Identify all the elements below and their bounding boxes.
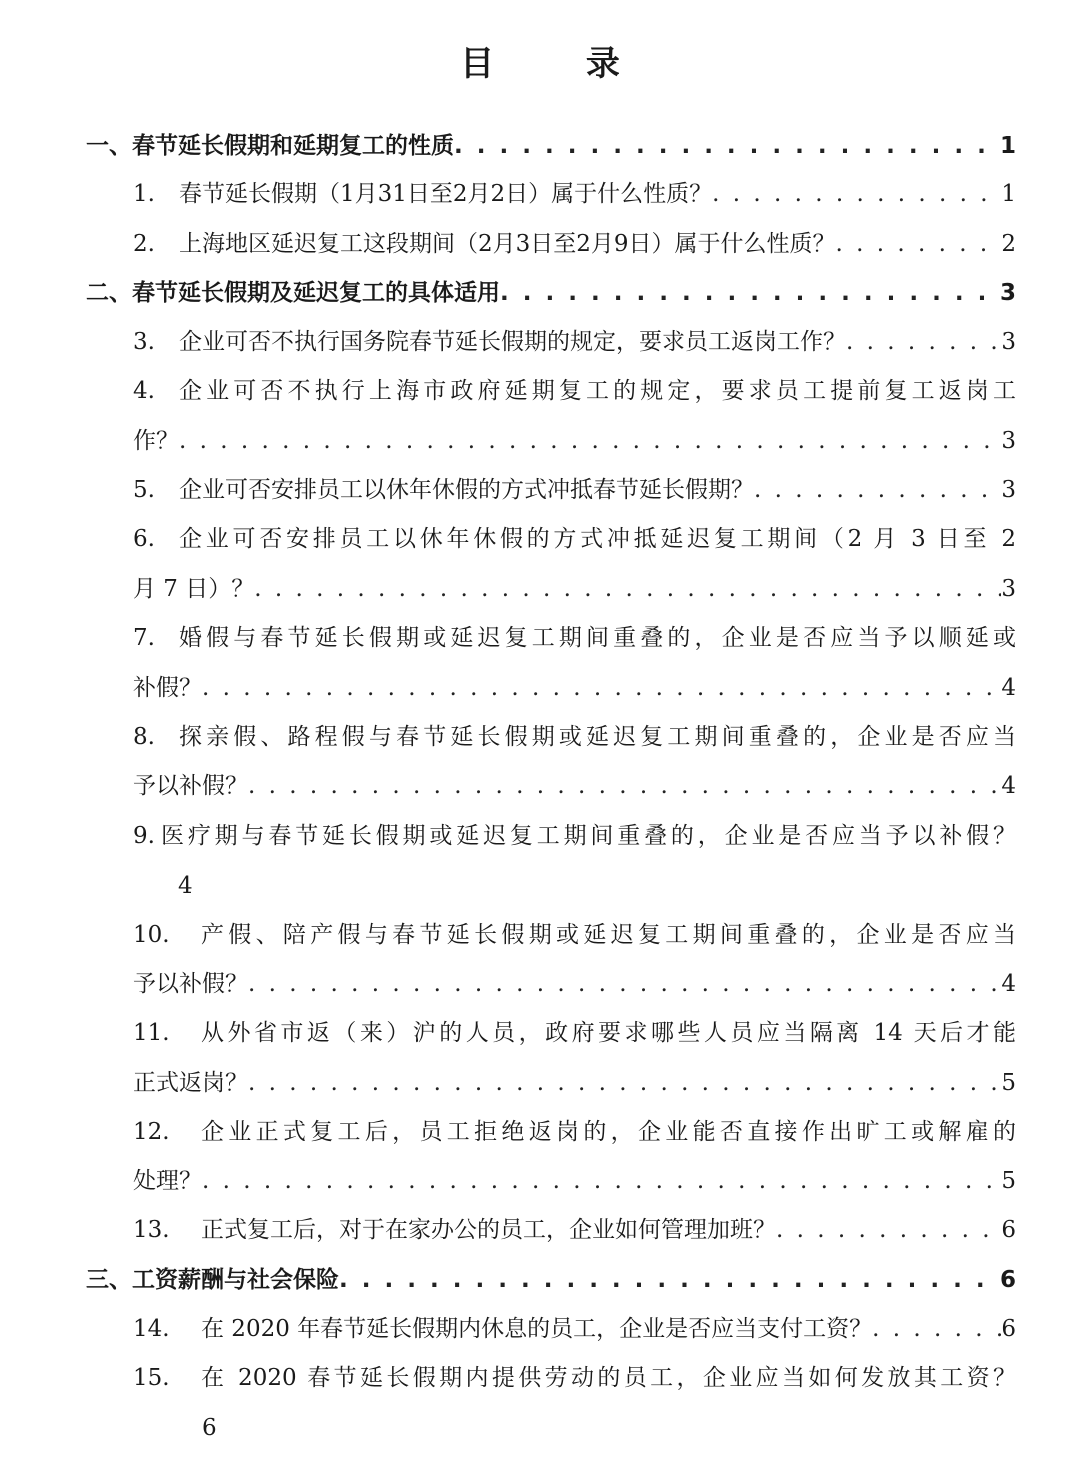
toc-entry-continuation[interactable]: 予以补假？ . . . . . . . . . . . . . . . . . … (133, 766, 1016, 806)
dot-leader: . . . . . . . . . . . . . . . . . . . . … (179, 421, 1001, 461)
toc-entry-link[interactable]: 5.企业可否安排员工以休年休假的方式冲抵春节延长假期？ . . . . . . … (133, 470, 1016, 510)
entry-title-continued: 处理？ (133, 1161, 202, 1201)
entry-title: 医疗期与春节延长假期或延迟复工期间重叠的，企业是否应当予以补假？ (161, 816, 1016, 856)
dot-leader: . . . . . . . . . . . . . . . . . . . . … (202, 1161, 1001, 1201)
entry-title: 春节延长假期（1月31日至2月2日）属于什么性质？ (179, 174, 712, 214)
dot-leader: . . . . . . . . . . . . . . . . . . . . … (248, 1063, 1001, 1103)
dot-leader: . . . . . . . . . . . . . . . . . . . . … (500, 273, 1000, 313)
toc-entry-continuation[interactable]: 正式返岗？ . . . . . . . . . . . . . . . . . … (133, 1063, 1016, 1103)
entry-title-continued: 补假？ (133, 668, 202, 708)
page-number: 6 (1001, 1210, 1016, 1250)
page-number: 6 (1000, 1260, 1016, 1300)
toc-entry-link[interactable]: 6.企业可否安排员工以休年休假的方式冲抵延迟复工期间（2 月 3 日至 2 (133, 519, 1016, 559)
entry-title: 探亲假、路程假与春节延长假期或延迟复工期间重叠的，企业是否应当 (179, 717, 1016, 757)
toc-entry-continuation[interactable]: 补假？ . . . . . . . . . . . . . . . . . . … (133, 668, 1016, 708)
entry-title: 上海地区延迟复工这段期间（2月3日至2月9日）属于什么性质？ (179, 224, 836, 264)
page-number: 3 (1001, 421, 1016, 461)
entry-title: 在 2020 春节延长假期内提供劳动的员工，企业应当如何发放其工资？ (201, 1358, 1016, 1398)
entry-number: 10. (133, 915, 201, 955)
toc-section-link[interactable]: 一、春节延长假期和延期复工的性质 . . . . . . . . . . . .… (86, 126, 1016, 166)
entry-number: 2. (133, 224, 179, 264)
toc-entry-link[interactable]: 11.从外省市返（来）沪的人员，政府要求哪些人员应当隔离 14 天后才能 (133, 1013, 1016, 1053)
toc-entry-link[interactable]: 9.医疗期与春节延长假期或延迟复工期间重叠的，企业是否应当予以补假？ (133, 816, 1016, 856)
entry-title: 产假、陪产假与春节延长假期或延迟复工期间重叠的，企业是否应当 (201, 915, 1016, 955)
entry-number: 11. (133, 1013, 201, 1053)
entry-number: 12. (133, 1112, 201, 1152)
dot-leader: . . . . . . . . . . . . . . . . . . . . … (248, 964, 1001, 1004)
entry-title: 企业可否不执行国务院春节延长假期的规定，要求员工返岗工作？ (179, 322, 846, 362)
toc-entry-link[interactable]: 15.在 2020 春节延长假期内提供劳动的员工，企业应当如何发放其工资？ (133, 1358, 1016, 1398)
entry-title: 企业可否安排员工以休年休假的方式冲抵春节延长假期？ (179, 470, 754, 510)
entry-title-continued: 予以补假？ (133, 766, 248, 806)
page-number: 6 (202, 1408, 262, 1448)
entry-title: 企业可否安排员工以休年休假的方式冲抵延迟复工期间（2 月 3 日至 2 (179, 519, 1016, 559)
page-number: 3 (1001, 569, 1016, 609)
page-number: 4 (1001, 766, 1016, 806)
dot-leader: . . . . . . . . . . . . . . . . . . . . … (339, 1260, 1000, 1300)
entry-title: 企业正式复工后，员工拒绝返岗的，企业能否直接作出旷工或解雇的 (201, 1112, 1016, 1152)
toc-entry-continuation[interactable]: 作？ . . . . . . . . . . . . . . . . . . .… (133, 421, 1016, 461)
dot-leader: . . . . . . . . . . . . . . . . . . . . … (872, 1309, 1001, 1349)
page-number: 3 (1000, 273, 1016, 313)
entry-number: 3. (133, 322, 179, 362)
page-number: 3 (1001, 322, 1016, 362)
toc-entry-link[interactable]: 4.企业可否不执行上海市政府延期复工的规定，要求员工提前复工返岗工 (133, 371, 1016, 411)
entry-title-continued: 月 7 日）？ (133, 569, 254, 609)
toc-entry-link[interactable]: 2.上海地区延迟复工这段期间（2月3日至2月9日）属于什么性质？ . . . .… (133, 224, 1016, 264)
page-number: 3 (1001, 470, 1016, 510)
page-number: 4 (178, 866, 238, 906)
toc-entry-continuation[interactable]: 处理？ . . . . . . . . . . . . . . . . . . … (133, 1161, 1016, 1201)
page-number: 4 (1001, 668, 1016, 708)
entry-number: 9. (133, 816, 161, 856)
dot-leader: . . . . . . . . . . . . . . . . . . . . … (248, 766, 1001, 806)
dot-leader: . . . . . . . . . . . . . . . . . . . . … (776, 1210, 1001, 1250)
toc-entry-link[interactable]: 14.在 2020 年春节延长假期内休息的员工，企业是否应当支付工资？ . . … (133, 1309, 1016, 1349)
dot-leader: . . . . . . . . . . . . . . . . . . . . … (202, 668, 1001, 708)
toc-entry-continuation[interactable]: 月 7 日）？ . . . . . . . . . . . . . . . . … (133, 569, 1016, 609)
page-number: 5 (1001, 1161, 1016, 1201)
entry-title-continued: 作？ (133, 421, 179, 461)
entry-number: 7. (133, 618, 179, 658)
dot-leader: . . . . . . . . . . . . . . . . . . . . … (454, 126, 1000, 166)
toc-entry-link[interactable]: 13.正式复工后，对于在家办公的员工，企业如何管理加班？ . . . . . .… (133, 1210, 1016, 1250)
page-number: 1 (1000, 126, 1016, 166)
entry-title: 在 2020 年春节延长假期内休息的员工，企业是否应当支付工资？ (201, 1309, 872, 1349)
entry-number: 1. (133, 174, 179, 214)
page-title: 目 录 (0, 36, 1080, 85)
entry-number: 8. (133, 717, 179, 757)
entry-number: 6. (133, 519, 179, 559)
entry-title: 企业可否不执行上海市政府延期复工的规定，要求员工提前复工返岗工 (179, 371, 1016, 411)
dot-leader: . . . . . . . . . . . . . . . . . . . . … (846, 322, 1001, 362)
toc-entry-link[interactable]: 1.春节延长假期（1月31日至2月2日）属于什么性质？ . . . . . . … (133, 174, 1016, 214)
toc-entry-link[interactable]: 10.产假、陪产假与春节延长假期或延迟复工期间重叠的，企业是否应当 (133, 915, 1016, 955)
toc-entry-link[interactable]: 7.婚假与春节延长假期或延迟复工期间重叠的，企业是否应当予以顺延或 (133, 618, 1016, 658)
page-number: 4 (1001, 964, 1016, 1004)
page-number: 2 (1001, 224, 1016, 264)
entry-number: 15. (133, 1358, 201, 1398)
entry-title: 从外省市返（来）沪的人员，政府要求哪些人员应当隔离 14 天后才能 (201, 1013, 1016, 1053)
toc-entry-link[interactable]: 12.企业正式复工后，员工拒绝返岗的，企业能否直接作出旷工或解雇的 (133, 1112, 1016, 1152)
dot-leader: . . . . . . . . . . . . . . . . . . . . … (754, 470, 1001, 510)
entry-number: 13. (133, 1210, 201, 1250)
toc-section-title: 一、春节延长假期和延期复工的性质 (86, 126, 454, 166)
page-number: 6 (1001, 1309, 1016, 1349)
dot-leader: . . . . . . . . . . . . . . . . . . . . … (712, 174, 1001, 214)
entry-number: 5. (133, 470, 179, 510)
entry-number: 4. (133, 371, 179, 411)
toc-section-title: 二、春节延长假期及延迟复工的具体适用 (86, 273, 500, 313)
entry-title-continued: 正式返岗？ (133, 1063, 248, 1103)
toc-section-link[interactable]: 二、春节延长假期及延迟复工的具体适用 . . . . . . . . . . .… (86, 273, 1016, 313)
toc-entry-continuation[interactable]: 予以补假？ . . . . . . . . . . . . . . . . . … (133, 964, 1016, 1004)
page-number: 5 (1001, 1063, 1016, 1103)
toc-section-link[interactable]: 三、工资薪酬与社会保险 . . . . . . . . . . . . . . … (86, 1260, 1016, 1300)
entry-title: 正式复工后，对于在家办公的员工，企业如何管理加班？ (201, 1210, 776, 1250)
entry-title: 婚假与春节延长假期或延迟复工期间重叠的，企业是否应当予以顺延或 (179, 618, 1016, 658)
toc-entry-link[interactable]: 3.企业可否不执行国务院春节延长假期的规定，要求员工返岗工作？ . . . . … (133, 322, 1016, 362)
toc-entry-link[interactable]: 8.探亲假、路程假与春节延长假期或延迟复工期间重叠的，企业是否应当 (133, 717, 1016, 757)
dot-leader: . . . . . . . . . . . . . . . . . . . . … (254, 569, 1001, 609)
dot-leader: . . . . . . . . . . . . . . . . . . . . … (836, 224, 1002, 264)
entry-number: 14. (133, 1309, 201, 1349)
toc-section-title: 三、工资薪酬与社会保险 (86, 1260, 339, 1300)
page-number: 1 (1001, 174, 1016, 214)
entry-title-continued: 予以补假？ (133, 964, 248, 1004)
